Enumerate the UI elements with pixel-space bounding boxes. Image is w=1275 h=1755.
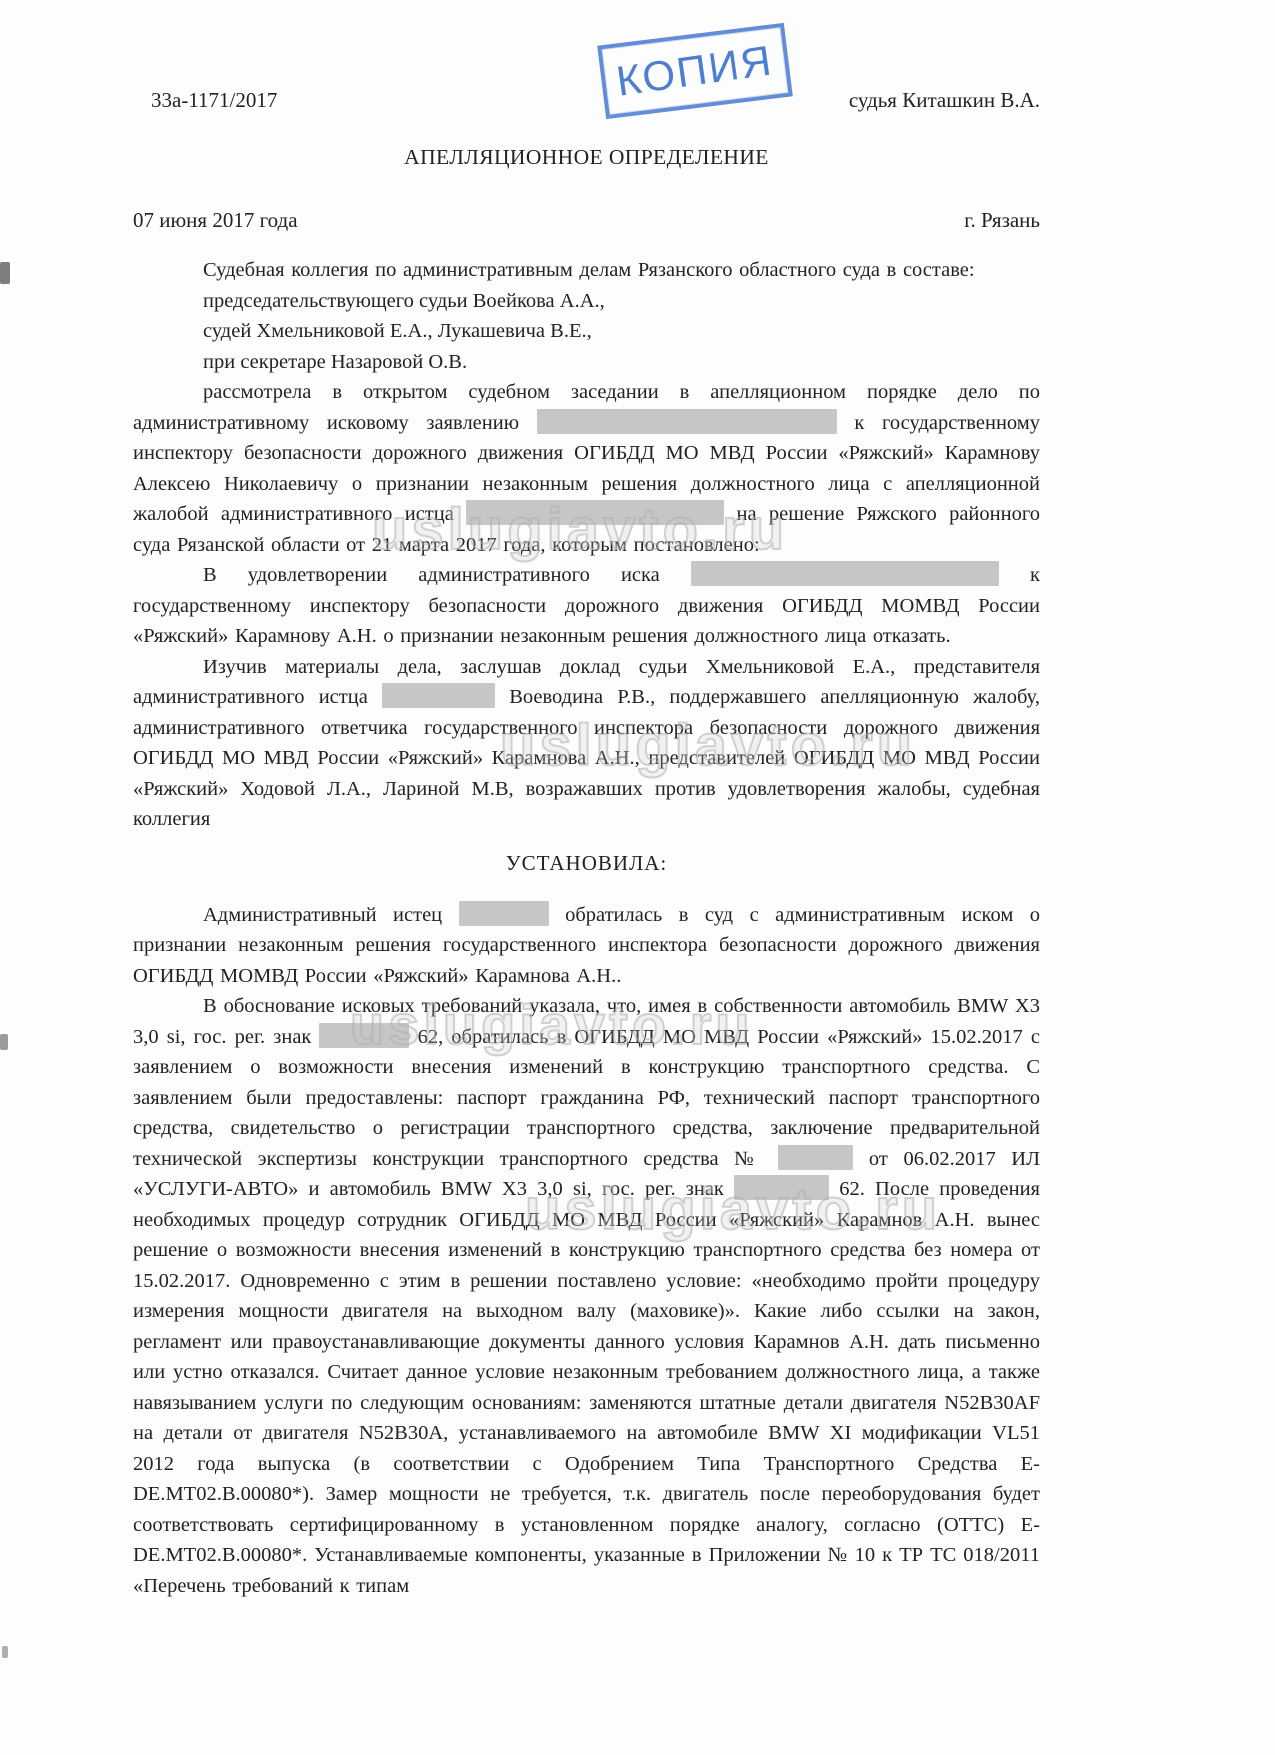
paragraph: председательствующего судьи Воейкова А.А…: [133, 286, 1040, 317]
section-heading: УСТАНОВИЛА:: [133, 851, 1040, 876]
redaction-box: [537, 409, 837, 434]
redaction-box: [778, 1145, 853, 1170]
header-row: 33а-1171/2017 судья Киташкин В.А.: [133, 88, 1040, 113]
date-row: 07 июня 2017 года г. Рязань: [133, 208, 1040, 233]
paragraph: судей Хмельниковой Е.А., Лукашевича В.Е.…: [133, 316, 1040, 347]
scan-artifact: [0, 262, 10, 284]
case-number: 33а-1171/2017: [151, 88, 277, 113]
redaction-box: [459, 901, 549, 926]
scan-artifact: [2, 1646, 8, 1658]
redaction-box: [691, 561, 999, 586]
paragraph: В обоснование исковых требований указала…: [133, 991, 1040, 1601]
redaction-box: [466, 500, 724, 525]
document-page: КОПИЯ 33а-1171/2017 судья Киташкин В.А. …: [0, 0, 1275, 1755]
document-body: Судебная коллегия по административным де…: [133, 255, 1040, 1601]
document-title: АПЕЛЛЯЦИОННОЕ ОПРЕДЕЛЕНИЕ: [133, 145, 1040, 170]
redaction-box: [382, 683, 495, 708]
redaction-box: [734, 1175, 829, 1200]
document-city: г. Рязань: [964, 208, 1040, 233]
document-date: 07 июня 2017 года: [133, 208, 298, 233]
paragraph: при секретаре Назаровой О.В.: [133, 347, 1040, 378]
judge-reference: судья Киташкин В.А.: [849, 88, 1040, 113]
scan-artifact: [0, 1034, 8, 1050]
paragraph: рассмотрела в открытом судебном заседани…: [133, 377, 1040, 560]
paragraph: Судебная коллегия по административным де…: [133, 255, 1040, 286]
paragraph: В удовлетворении административного иска …: [133, 560, 1040, 652]
document-content: 33а-1171/2017 судья Киташкин В.А. АПЕЛЛЯ…: [133, 0, 1040, 1601]
paragraph: Изучив материалы дела, заслушав доклад с…: [133, 652, 1040, 835]
redaction-box: [319, 1023, 409, 1048]
paragraph: Административный истец обратилась в суд …: [133, 900, 1040, 992]
